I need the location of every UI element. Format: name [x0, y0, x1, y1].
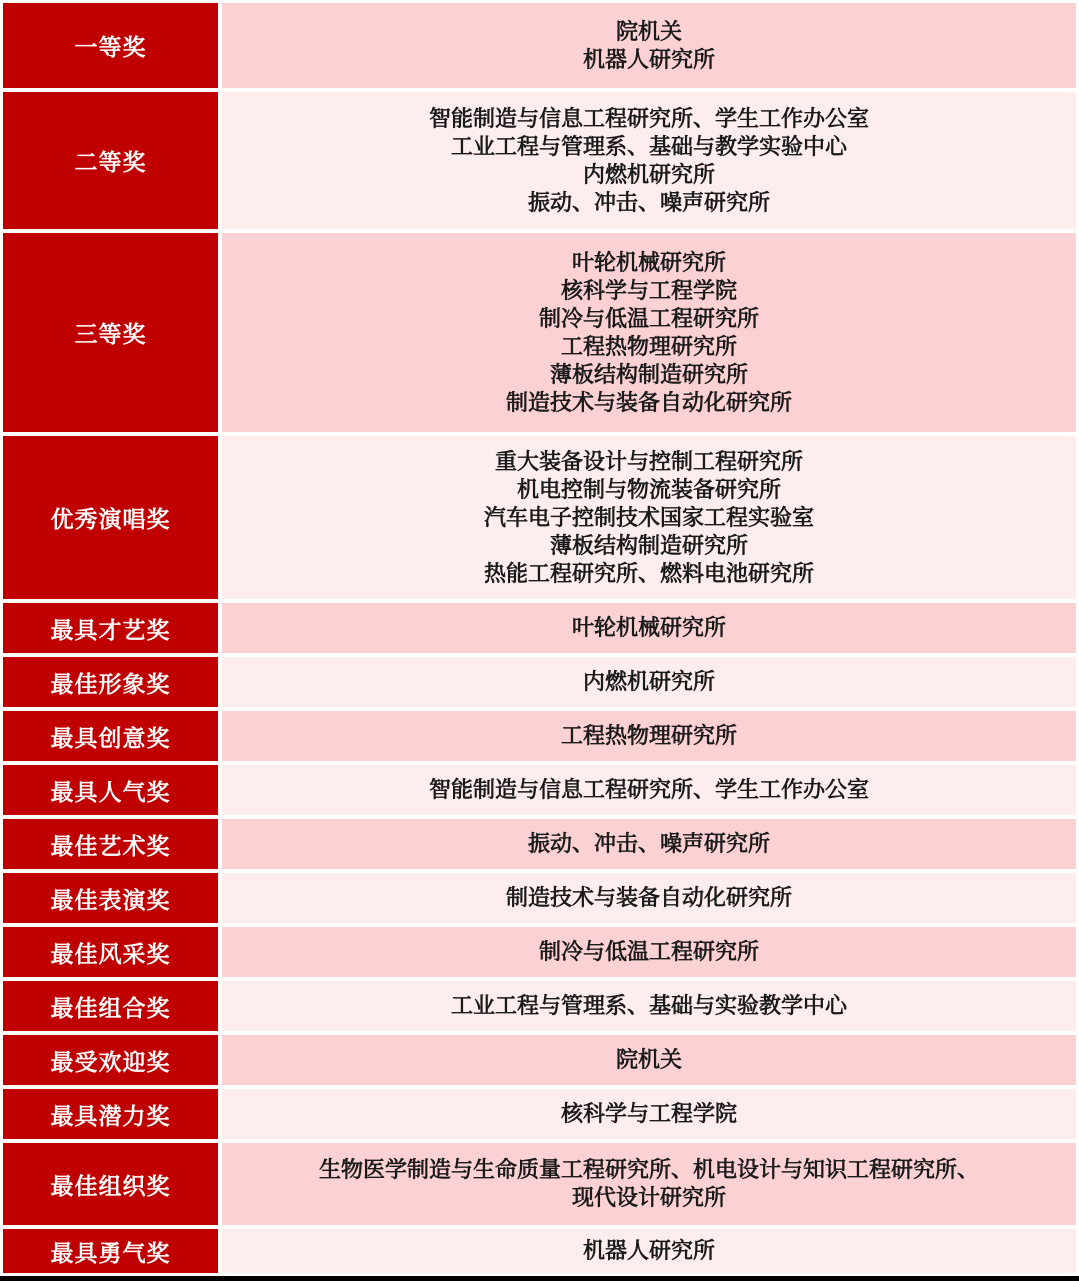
- award-label: 最佳组织奖: [51, 1168, 171, 1201]
- winner-line: 院机关: [616, 1046, 682, 1074]
- winners-cell: 制冷与低温工程研究所: [222, 927, 1076, 977]
- award-name-cell: 优秀演唱奖: [3, 436, 218, 599]
- award-name-cell: 二等奖: [3, 92, 218, 229]
- winner-line: 振动、冲击、噪声研究所: [528, 189, 770, 217]
- award-name-cell: 一等奖: [3, 3, 218, 88]
- award-name-cell: 三等奖: [3, 233, 218, 432]
- winner-line: 现代设计研究所: [572, 1184, 726, 1212]
- award-label: 三等奖: [75, 316, 147, 349]
- table-row: 最受欢迎奖院机关: [3, 1035, 1076, 1085]
- winner-line: 工业工程与管理系、基础与教学实验中心: [451, 133, 847, 161]
- award-name-cell: 最佳艺术奖: [3, 819, 218, 869]
- winners-cell: 工程热物理研究所: [222, 711, 1076, 761]
- winners-cell: 智能制造与信息工程研究所、学生工作办公室: [222, 765, 1076, 815]
- award-name-cell: 最具人气奖: [3, 765, 218, 815]
- winners-cell: 工业工程与管理系、基础与实验教学中心: [222, 981, 1076, 1031]
- award-label: 最佳表演奖: [51, 882, 171, 915]
- winner-line: 机电控制与物流装备研究所: [517, 476, 781, 504]
- winners-cell: 智能制造与信息工程研究所、学生工作办公室工业工程与管理系、基础与教学实验中心内燃…: [222, 92, 1076, 229]
- awards-table-body: 一等奖院机关机器人研究所二等奖智能制造与信息工程研究所、学生工作办公室工业工程与…: [0, 0, 1079, 1273]
- award-name-cell: 最佳风采奖: [3, 927, 218, 977]
- winner-line: 叶轮机械研究所: [572, 249, 726, 277]
- winner-line: 制造技术与装备自动化研究所: [506, 884, 792, 912]
- award-label: 最具创意奖: [51, 720, 171, 753]
- award-label: 最佳形象奖: [51, 666, 171, 699]
- table-row: 二等奖智能制造与信息工程研究所、学生工作办公室工业工程与管理系、基础与教学实验中…: [3, 92, 1076, 229]
- award-name-cell: 最佳组织奖: [3, 1143, 218, 1225]
- winner-line: 振动、冲击、噪声研究所: [528, 830, 770, 858]
- table-row: 最佳表演奖制造技术与装备自动化研究所: [3, 873, 1076, 923]
- winner-line: 核科学与工程学院: [561, 1100, 737, 1128]
- winner-line: 汽车电子控制技术国家工程实验室: [484, 504, 814, 532]
- award-label: 最具人气奖: [51, 774, 171, 807]
- table-row: 一等奖院机关机器人研究所: [3, 3, 1076, 88]
- table-row: 最具潜力奖核科学与工程学院: [3, 1089, 1076, 1139]
- winners-cell: 机器人研究所: [222, 1229, 1076, 1273]
- table-row: 三等奖叶轮机械研究所核科学与工程学院制冷与低温工程研究所工程热物理研究所薄板结构…: [3, 233, 1076, 432]
- award-label: 最具勇气奖: [51, 1235, 171, 1268]
- winner-line: 热能工程研究所、燃料电池研究所: [484, 560, 814, 588]
- winner-line: 生物医学制造与生命质量工程研究所、机电设计与知识工程研究所、: [319, 1156, 979, 1184]
- winners-cell: 内燃机研究所: [222, 657, 1076, 707]
- table-row: 优秀演唱奖重大装备设计与控制工程研究所机电控制与物流装备研究所汽车电子控制技术国…: [3, 436, 1076, 599]
- winner-line: 工业工程与管理系、基础与实验教学中心: [451, 992, 847, 1020]
- winner-line: 院机关: [616, 18, 682, 46]
- award-name-cell: 最具创意奖: [3, 711, 218, 761]
- bottom-border-line: [0, 1276, 1079, 1281]
- award-name-cell: 最佳组合奖: [3, 981, 218, 1031]
- award-label: 一等奖: [75, 29, 147, 62]
- winners-cell: 院机关机器人研究所: [222, 3, 1076, 88]
- winners-cell: 生物医学制造与生命质量工程研究所、机电设计与知识工程研究所、现代设计研究所: [222, 1143, 1076, 1225]
- winner-line: 制冷与低温工程研究所: [539, 938, 759, 966]
- table-row: 最具勇气奖机器人研究所: [3, 1229, 1076, 1273]
- winner-line: 制造技术与装备自动化研究所: [506, 389, 792, 417]
- award-name-cell: 最具勇气奖: [3, 1229, 218, 1273]
- winner-line: 机器人研究所: [583, 1237, 715, 1265]
- winners-cell: 制造技术与装备自动化研究所: [222, 873, 1076, 923]
- table-row: 最佳风采奖制冷与低温工程研究所: [3, 927, 1076, 977]
- winner-line: 薄板结构制造研究所: [550, 532, 748, 560]
- winner-line: 机器人研究所: [583, 46, 715, 74]
- table-row: 最具才艺奖叶轮机械研究所: [3, 603, 1076, 653]
- table-row: 最佳艺术奖振动、冲击、噪声研究所: [3, 819, 1076, 869]
- award-label: 最受欢迎奖: [51, 1044, 171, 1077]
- table-row: 最具人气奖智能制造与信息工程研究所、学生工作办公室: [3, 765, 1076, 815]
- award-label: 二等奖: [75, 144, 147, 177]
- award-name-cell: 最具潜力奖: [3, 1089, 218, 1139]
- table-row: 最佳组织奖生物医学制造与生命质量工程研究所、机电设计与知识工程研究所、现代设计研…: [3, 1143, 1076, 1225]
- table-row: 最具创意奖工程热物理研究所: [3, 711, 1076, 761]
- award-label: 最佳组合奖: [51, 990, 171, 1023]
- winner-line: 内燃机研究所: [583, 668, 715, 696]
- winner-line: 内燃机研究所: [583, 161, 715, 189]
- winner-line: 重大装备设计与控制工程研究所: [495, 448, 803, 476]
- award-name-cell: 最具才艺奖: [3, 603, 218, 653]
- winner-line: 薄板结构制造研究所: [550, 361, 748, 389]
- award-label: 最佳艺术奖: [51, 828, 171, 861]
- award-name-cell: 最受欢迎奖: [3, 1035, 218, 1085]
- winner-line: 智能制造与信息工程研究所、学生工作办公室: [429, 776, 869, 804]
- award-name-cell: 最佳形象奖: [3, 657, 218, 707]
- award-label: 最具潜力奖: [51, 1098, 171, 1131]
- winner-line: 制冷与低温工程研究所: [539, 305, 759, 333]
- table-row: 最佳组合奖工业工程与管理系、基础与实验教学中心: [3, 981, 1076, 1031]
- winners-cell: 重大装备设计与控制工程研究所机电控制与物流装备研究所汽车电子控制技术国家工程实验…: [222, 436, 1076, 599]
- winners-cell: 叶轮机械研究所: [222, 603, 1076, 653]
- winner-line: 叶轮机械研究所: [572, 614, 726, 642]
- winner-line: 智能制造与信息工程研究所、学生工作办公室: [429, 105, 869, 133]
- winners-cell: 振动、冲击、噪声研究所: [222, 819, 1076, 869]
- awards-table-page: 一等奖院机关机器人研究所二等奖智能制造与信息工程研究所、学生工作办公室工业工程与…: [0, 0, 1079, 1283]
- winners-cell: 叶轮机械研究所核科学与工程学院制冷与低温工程研究所工程热物理研究所薄板结构制造研…: [222, 233, 1076, 432]
- award-name-cell: 最佳表演奖: [3, 873, 218, 923]
- winner-line: 工程热物理研究所: [561, 722, 737, 750]
- award-label: 最佳风采奖: [51, 936, 171, 969]
- table-row: 最佳形象奖内燃机研究所: [3, 657, 1076, 707]
- winners-cell: 核科学与工程学院: [222, 1089, 1076, 1139]
- award-label: 最具才艺奖: [51, 612, 171, 645]
- winner-line: 核科学与工程学院: [561, 277, 737, 305]
- winners-cell: 院机关: [222, 1035, 1076, 1085]
- award-label: 优秀演唱奖: [51, 501, 171, 534]
- winner-line: 工程热物理研究所: [561, 333, 737, 361]
